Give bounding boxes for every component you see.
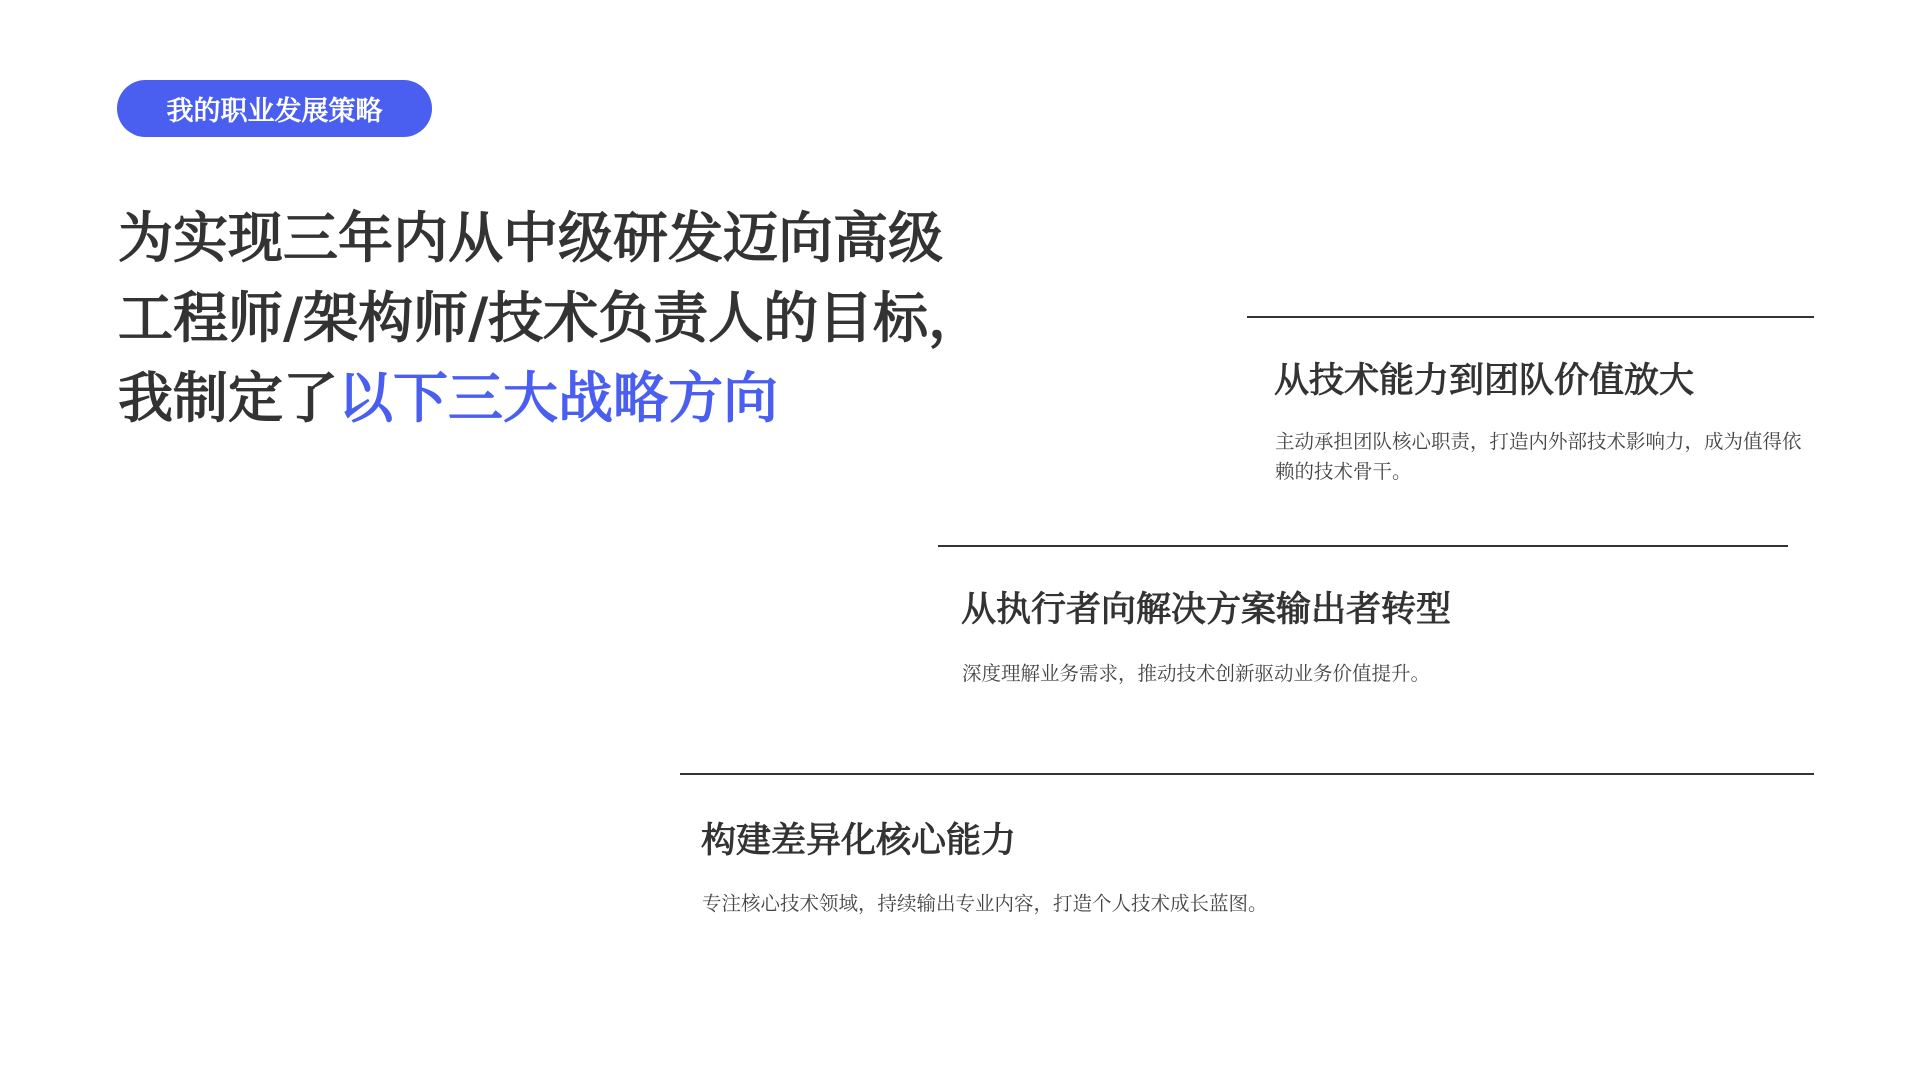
title-line-2: 工程师/架构师/技术负责人的目标，: [118, 286, 983, 350]
section-badge-label: 我的职业发展策略: [167, 89, 383, 128]
strategy-3-divider: [680, 773, 1814, 775]
strategy-2-divider: [938, 545, 1788, 547]
strategy-1-heading: 从技术能力到团队价值放大: [1274, 359, 1694, 403]
title-line-3-prefix: 我制定了: [118, 366, 338, 430]
page-title: 为实现三年内从中级研发迈向高级 工程师/架构师/技术负责人的目标， 我制定了以下…: [118, 198, 1018, 438]
strategy-1-divider: [1247, 316, 1814, 318]
title-line-1: 为实现三年内从中级研发迈向高级: [118, 206, 943, 270]
strategy-1-description: 主动承担团队核心职责，打造内外部技术影响力，成为值得依赖的技术骨干。: [1275, 427, 1815, 487]
strategy-2-description: 深度理解业务需求，推动技术创新驱动业务价值提升。: [962, 659, 1762, 689]
strategy-3-description: 专注核心技术领域，持续输出专业内容，打造个人技术成长蓝图。: [702, 889, 1702, 919]
strategy-3-heading: 构建差异化核心能力: [701, 819, 1016, 863]
strategy-2-heading: 从执行者向解决方案输出者转型: [961, 588, 1451, 632]
title-line-3-highlight: 以下三大战略方向: [338, 366, 778, 430]
section-badge: 我的职业发展策略: [117, 80, 432, 137]
